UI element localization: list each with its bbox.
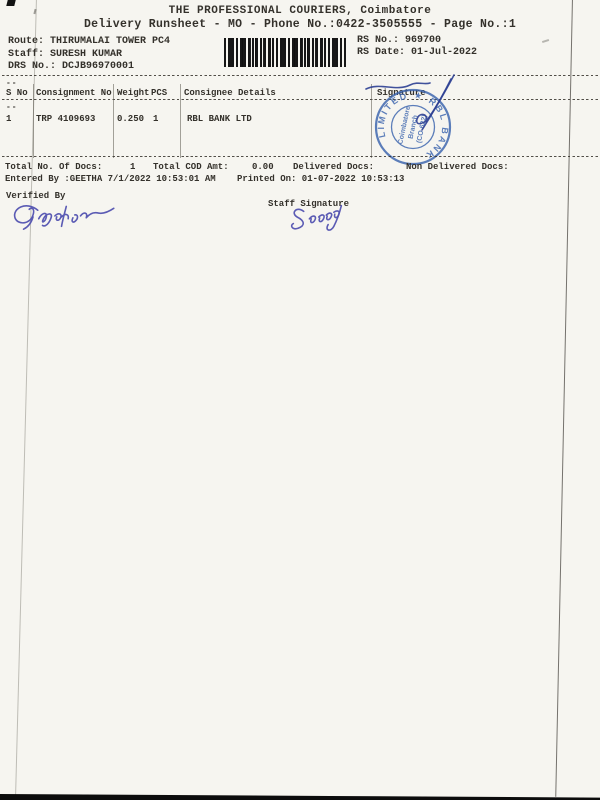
col-header-consignee: Consignee Details	[184, 88, 276, 98]
scan-bottom-bar	[0, 792, 600, 800]
cell-consignee: RBL BANK LTD	[187, 114, 252, 124]
col-header-consignment: Consignment No	[36, 88, 112, 98]
route-line: Route:THIRUMALAI TOWER PC4	[8, 36, 170, 47]
cod-amount-label: Total COD Amt:	[153, 162, 229, 172]
drs-line: DRS No.:DCJB96970001	[8, 61, 134, 72]
cell-pcs: 1	[153, 114, 158, 124]
col-header-sno: S No	[6, 88, 28, 98]
scanned-delivery-runsheet: THE PROFESSIONAL COURIERS, Coimbatore De…	[0, 0, 600, 800]
rs-date-line: RS Date:01-Jul-2022	[357, 47, 477, 58]
total-docs-label: Total No. Of Docs:	[5, 162, 102, 172]
col-header-pcs: PCS	[151, 88, 167, 98]
rs-date-value: 01-Jul-2022	[411, 47, 477, 58]
drs-label: DRS No.:	[8, 61, 56, 72]
drs-value: DCJB96970001	[62, 61, 134, 72]
runsheet-barcode	[224, 38, 346, 67]
staff-label: Staff:	[8, 49, 44, 60]
rs-date-label: RS Date:	[357, 47, 405, 58]
route-label: Route:	[8, 36, 44, 47]
dash-wrap-mark: --	[6, 79, 18, 88]
delivered-docs-label: Delivered Docs:	[293, 162, 374, 172]
document-title-line: Delivery Runsheet - MO - Phone No.:0422-…	[0, 18, 600, 31]
column-divider	[113, 84, 114, 158]
table-bottom-dashed-line	[2, 156, 598, 157]
rs-no-value: 969700	[405, 35, 441, 46]
column-divider	[180, 84, 181, 158]
cell-weight: 0.250	[117, 114, 144, 124]
col-header-weight: Weight	[117, 88, 149, 98]
table-header-dashed-line	[2, 99, 598, 100]
consignee-signature-strokes	[352, 70, 477, 155]
cell-consignment: TRP 4109693	[36, 114, 95, 124]
total-docs-value: 1	[130, 162, 135, 172]
entered-by-line: Entered By :GEETHA 7/1/2022 10:53:01 AM	[5, 174, 216, 184]
scan-speck	[542, 39, 549, 43]
staff-value: SURESH KUMAR	[50, 49, 122, 60]
rs-no-line: RS No.:969700	[357, 35, 441, 46]
dash-wrap-mark: --	[6, 103, 18, 112]
cell-sno: 1	[6, 114, 11, 124]
verified-by-signature	[4, 195, 139, 233]
staff-signature	[286, 201, 376, 233]
route-value: THIRUMALAI TOWER PC4	[50, 36, 170, 47]
printed-on-line: Printed On: 01-07-2022 10:53:13	[237, 174, 404, 184]
cod-amount-value: 0.00	[252, 162, 274, 172]
company-title: THE PROFESSIONAL COURIERS, Coimbatore	[0, 5, 600, 17]
column-divider	[33, 84, 34, 158]
non-delivered-docs-label: Non Delivered Docs:	[406, 162, 509, 172]
staff-line: Staff:SURESH KUMAR	[8, 49, 122, 60]
scan-edge-line-right	[555, 0, 573, 797]
separator-dashed-line	[2, 75, 598, 76]
rs-no-label: RS No.:	[357, 35, 399, 46]
